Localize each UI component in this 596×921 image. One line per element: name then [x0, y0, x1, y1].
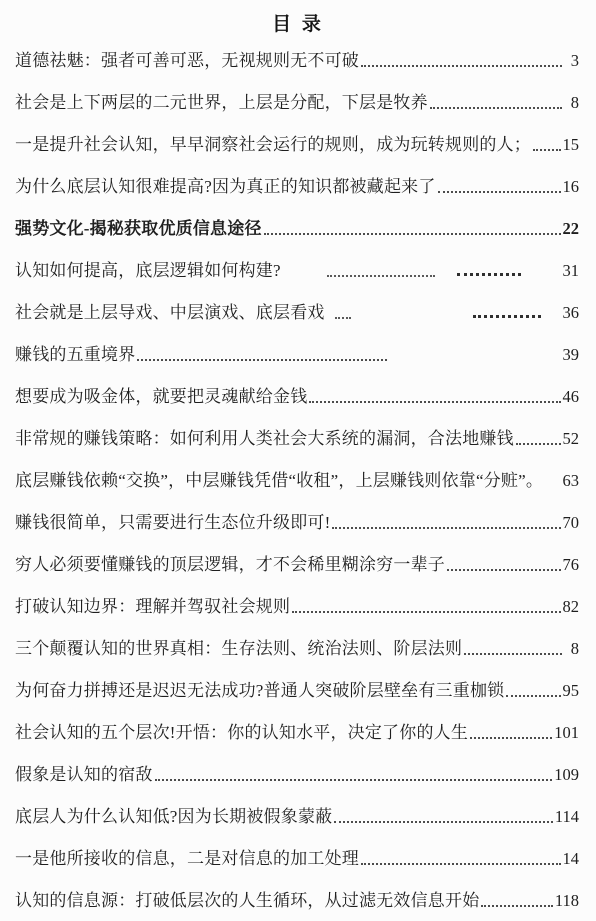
page-number: 15	[563, 136, 580, 155]
dot-leader	[309, 401, 560, 403]
dot-leader	[533, 149, 561, 151]
entry-text: 底层人为什么认知低?因为长期被假象蒙蔽	[15, 807, 332, 827]
toc-entry: 非常规的赚钱策略：如何利用人类社会大系统的漏洞，合法地赚钱 52	[0, 416, 596, 458]
toc-entry: 道德祛魅：强者可善可恶，无视规则无不可破 3	[0, 38, 596, 80]
entry-text: 赚钱的五重境界	[15, 345, 135, 365]
toc-entry: 打破认知边界：理解并驾驭社会规则 82	[0, 584, 596, 626]
page-number: 39	[563, 346, 580, 365]
entry-text: 认知的信息源：打破低层次的人生循环，从过滤无效信息开始	[15, 891, 479, 911]
page-number: 8	[564, 640, 579, 659]
toc-entry: 强势文化-揭秘获取优质信息途径 22	[0, 206, 596, 248]
dot-leader	[332, 527, 560, 529]
entry-text: 想要成为吸金体，就要把灵魂献给金钱	[15, 387, 307, 407]
dot-leader	[481, 905, 552, 907]
page-number: 114	[555, 808, 579, 827]
dot-leader	[430, 107, 562, 109]
page-number: 36	[563, 304, 580, 323]
dot-leader	[361, 863, 561, 865]
toc-entry: 底层人为什么认知低?因为长期被假象蒙蔽 114	[0, 794, 596, 836]
toc-entry: 为何奋力拼搏还是迟迟无法成功?普通人突破阶层壁垒有三重枷锁 95	[0, 668, 596, 710]
page-number: 82	[563, 598, 580, 617]
entry-text: 道德祛魅：强者可善可恶，无视规则无不可破	[15, 51, 359, 71]
dot-leader	[464, 653, 562, 655]
page-number: 63	[563, 472, 580, 491]
entry-text: 社会就是上层导戏、中层演戏、底层看戏	[15, 303, 325, 323]
page-number: 22	[563, 220, 580, 239]
toc-entry: 三个颠覆认知的世界真相：生存法则、统治法则、阶层法则 8	[0, 626, 596, 668]
entry-text: 穷人必须要懂赚钱的顶层逻辑，才不会稀里糊涂穷一辈子	[15, 555, 445, 575]
entry-text: 赚钱很简单，只需要进行生态位升级即可!	[15, 513, 330, 533]
page-number: 16	[563, 178, 580, 197]
toc-entry: 社会认知的五个层次!开悟：你的认知水平，决定了你的人生 101	[0, 710, 596, 752]
dot-leader	[361, 65, 562, 67]
page-number: 14	[563, 850, 580, 869]
dot-leader-heavy	[473, 315, 541, 318]
page-number: 76	[563, 556, 580, 575]
toc-entry: 一是他所接收的信息，二是对信息的加工处理 14	[0, 836, 596, 878]
dot-leader-heavy	[457, 273, 521, 276]
page-number: 52	[563, 430, 580, 449]
toc-entry: 认知如何提高，底层逻辑如何构建? 31	[0, 248, 596, 290]
entry-text: 一是他所接收的信息，二是对信息的加工处理	[15, 849, 359, 869]
toc-entry: 假象是认知的宿敌 109	[0, 752, 596, 794]
toc-entry: 认知的信息源：打破低层次的人生循环，从过滤无效信息开始 118	[0, 878, 596, 920]
toc-entry: 底层赚钱依赖“交换”，中层赚钱凭借“收租”，上层赚钱则依靠“分赃”。 63	[0, 458, 596, 500]
entry-text: 为何奋力拼搏还是迟迟无法成功?普通人突破阶层壁垒有三重枷锁	[15, 681, 504, 701]
entry-text: 强势文化-揭秘获取优质信息途径	[15, 219, 262, 239]
dot-leader	[155, 779, 553, 781]
dot-leader	[137, 359, 387, 361]
page-number: 95	[563, 682, 580, 701]
toc-list: 道德祛魅：强者可善可恶，无视规则无不可破 3 社会是上下两层的二元世界，上层是分…	[0, 38, 596, 920]
dot-leader-fine	[335, 317, 351, 319]
dot-leader	[447, 569, 561, 571]
page-number: 109	[554, 766, 579, 785]
toc-entry: 社会就是上层导戏、中层演戏、底层看戏 36	[0, 290, 596, 332]
toc-entry: 一是提升社会认知，早早洞察社会运行的规则，成为玩转规则的人； 15	[0, 122, 596, 164]
dot-leader	[438, 191, 561, 193]
page-number: 70	[563, 514, 580, 533]
toc-entry: 赚钱的五重境界 39	[0, 332, 596, 374]
dot-leader	[292, 611, 560, 613]
toc-entry: 社会是上下两层的二元世界，上层是分配，下层是牧养 8	[0, 80, 596, 122]
toc-page: 目 录 道德祛魅：强者可善可恶，无视规则无不可破 3 社会是上下两层的二元世界，…	[0, 0, 596, 921]
entry-text: 社会认知的五个层次!开悟：你的认知水平，决定了你的人生	[15, 723, 468, 743]
entry-text: 社会是上下两层的二元世界，上层是分配，下层是牧养	[15, 93, 428, 113]
entry-text: 假象是认知的宿敌	[15, 765, 153, 785]
entry-text: 打破认知边界：理解并驾驭社会规则	[15, 597, 290, 617]
entry-text: 认知如何提高，底层逻辑如何构建?	[15, 261, 281, 281]
toc-entry: 赚钱很简单，只需要进行生态位升级即可! 70	[0, 500, 596, 542]
dot-leader	[506, 695, 560, 697]
entry-text: 三个颠覆认知的世界真相：生存法则、统治法则、阶层法则	[15, 639, 462, 659]
entry-text: 非常规的赚钱策略：如何利用人类社会大系统的漏洞，合法地赚钱	[15, 429, 514, 449]
entry-text: 为什么底层认知很难提高?因为真正的知识都被藏起来了	[15, 177, 436, 197]
entry-text: 一是提升社会认知，早早洞察社会运行的规则，成为玩转规则的人；	[15, 135, 531, 155]
dot-leader	[264, 233, 561, 235]
entry-text: 底层赚钱依赖“交换”，中层赚钱凭借“收租”，上层赚钱则依靠“分赃”。	[15, 471, 543, 491]
page-number: 46	[563, 388, 580, 407]
page-number: 118	[555, 892, 579, 911]
dot-leader	[516, 443, 561, 445]
dot-leader	[470, 737, 552, 739]
toc-entry: 为什么底层认知很难提高?因为真正的知识都被藏起来了 16	[0, 164, 596, 206]
dot-leader-fine	[327, 275, 435, 277]
page-number: 101	[554, 724, 579, 743]
page-number: 31	[563, 262, 580, 281]
dot-leader	[334, 821, 553, 823]
toc-entry: 穷人必须要懂赚钱的顶层逻辑，才不会稀里糊涂穷一辈子 76	[0, 542, 596, 584]
page-number: 8	[564, 94, 579, 113]
page-number: 3	[564, 52, 579, 71]
toc-entry: 想要成为吸金体，就要把灵魂献给金钱 46	[0, 374, 596, 416]
page-title: 目 录	[0, 0, 596, 38]
